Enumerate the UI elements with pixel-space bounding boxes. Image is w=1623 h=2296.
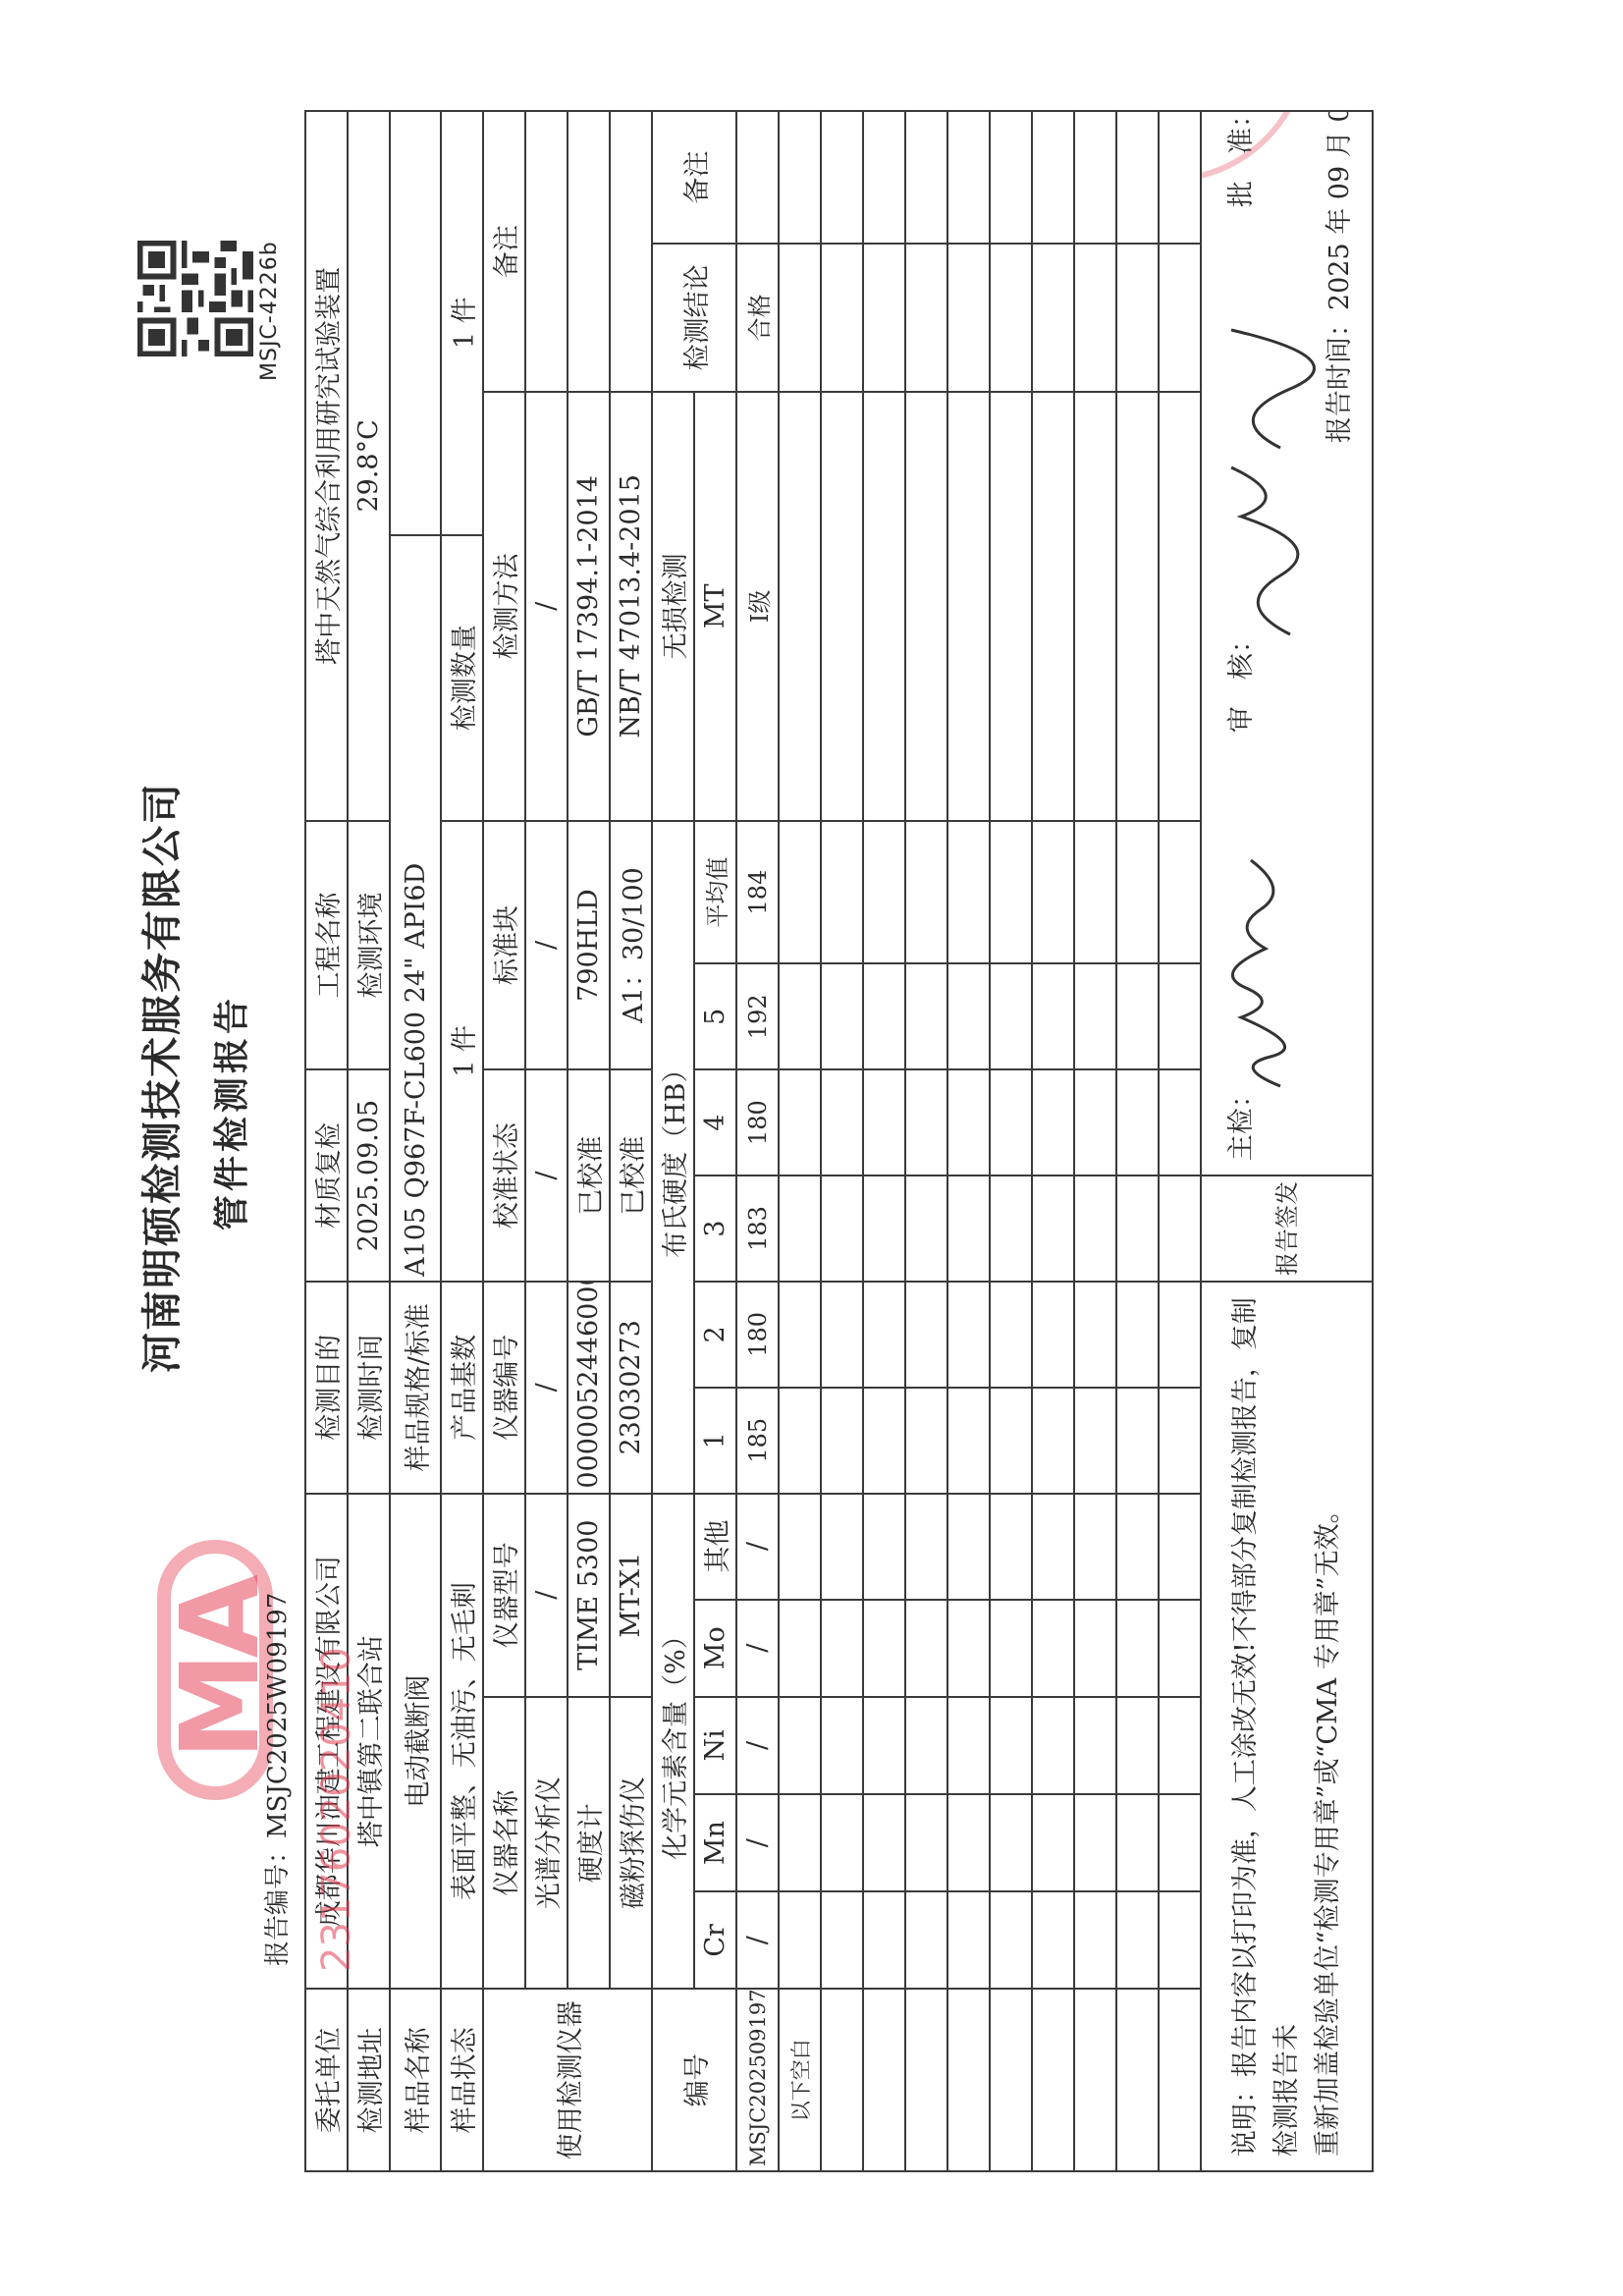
ndt-result — [1116, 392, 1159, 821]
hardness-value — [863, 1282, 905, 1388]
chem-header: 化学元素含量（%） — [652, 1494, 694, 1990]
report-number: 报告编号：MSJC2025W09197 — [257, 1593, 294, 1966]
hardness-value — [905, 963, 947, 1069]
instrument-row: 磁粉探伤仪 MT-X1 23030273 已校准 A1：30/100 NB/T … — [610, 111, 652, 2171]
hardness-value: 184 — [736, 821, 779, 964]
hardness-value — [990, 821, 1032, 964]
client-label: 委托单位 — [305, 1989, 348, 2171]
hard-col-5: 5 — [694, 963, 736, 1069]
result-row — [863, 111, 905, 2171]
hardness-value — [905, 1388, 947, 1494]
ndt-result — [863, 392, 905, 821]
chem-value — [779, 1600, 821, 1697]
hardness-value: 192 — [736, 963, 779, 1069]
ndt-result — [821, 392, 863, 821]
conclusion-value: 合格 — [736, 244, 779, 392]
hardness-value — [1074, 1175, 1116, 1282]
chem-value — [863, 1697, 905, 1794]
conclusion-value — [821, 244, 863, 392]
ndt-result — [779, 392, 821, 821]
chem-value — [990, 1697, 1032, 1794]
conclusion-value — [1074, 244, 1116, 392]
hardness-value: 180 — [736, 1069, 779, 1175]
result-row: MSJC202509197/////185180183180192184I级合格 — [736, 111, 779, 2171]
ndt-result: I级 — [736, 392, 779, 821]
chem-value — [821, 1600, 863, 1697]
sample-id — [1074, 1989, 1116, 2171]
chem-value — [821, 1697, 863, 1794]
conclusion-value — [779, 244, 821, 392]
remark-header: 备注 — [652, 111, 736, 244]
chem-value — [779, 1891, 821, 1989]
chem-value — [863, 1794, 905, 1891]
instrument-number: 23030273 — [610, 1282, 652, 1494]
hardness-value — [779, 1388, 821, 1494]
hardness-value — [1032, 1069, 1074, 1175]
hardness-value — [905, 821, 947, 964]
chem-col-other: 其他 — [694, 1494, 736, 1600]
hardness-value — [990, 1282, 1032, 1388]
instrument-calibration: / — [525, 1069, 568, 1282]
ndt-result — [947, 392, 990, 821]
instrument-model: / — [525, 1494, 568, 1697]
instrument-name: 硬度计 — [568, 1697, 610, 1990]
spec-value: A105 Q967F-CL600 24" API6D — [390, 535, 441, 1282]
chem-col-mo: Mo — [694, 1600, 736, 1697]
remark-value — [736, 111, 779, 244]
qty-label: 检测数量 — [441, 535, 483, 821]
instrument-col-block: 标准块 — [483, 821, 525, 1069]
document-code: MSJC-4226b — [257, 241, 282, 381]
remark-value — [779, 111, 821, 244]
instrument-name: 磁粉探伤仪 — [610, 1697, 652, 1990]
disclaimer-line-1: 说明：报告内容以打印为准，人工涂改无效!不得部分复制检测报告，复制检测报告未 — [1225, 1286, 1308, 2157]
chem-value — [863, 1494, 905, 1600]
spec-label: 样品规格/标准 — [390, 1282, 441, 1494]
row-state: 样品状态 表面平整、无油污、无毛刺 产品基数 1 件 检测数量 1 件 — [441, 111, 483, 2171]
instrument-block: A1：30/100 — [610, 821, 652, 1069]
ndt-result — [1159, 392, 1201, 821]
hardness-value — [1116, 1175, 1159, 1282]
hardness-value — [863, 963, 905, 1069]
hardness-value — [1032, 1282, 1074, 1388]
base-value: 1 件 — [441, 821, 483, 1282]
hardness-value — [905, 1282, 947, 1388]
remark-value — [1116, 111, 1159, 244]
sample-id — [905, 1989, 947, 2171]
sample-id — [990, 1989, 1032, 2171]
hardness-value — [821, 963, 863, 1069]
chem-col-mn: Mn — [694, 1794, 736, 1891]
result-row — [1074, 111, 1116, 2171]
remark-value — [1032, 111, 1074, 244]
chem-value — [779, 1494, 821, 1600]
hardness-value: 185 — [736, 1388, 779, 1494]
report-sheet: MSJC-4226b 河南明硕检测技术服务有限公司 管件检测报告 MA 报告编号… — [0, 0, 1623, 2296]
chem-value: / — [736, 1494, 779, 1600]
results-header-row-1: 编号 化学元素含量（%） 布氏硬度（HB） 无损检测 检测结论 备注 — [652, 111, 694, 2171]
chem-value — [990, 1891, 1032, 1989]
env-value: 29.8°C — [348, 111, 390, 821]
result-row — [1159, 111, 1201, 2171]
chem-value — [947, 1891, 990, 1989]
chem-value: / — [736, 1891, 779, 1989]
hardness-value — [1032, 821, 1074, 964]
conclusion-header: 检测结论 — [652, 244, 736, 392]
conclusion-value — [863, 244, 905, 392]
instrument-number: 000005244600078 — [568, 1282, 610, 1494]
chem-value — [1159, 1891, 1201, 1989]
hardness-value — [1159, 963, 1201, 1069]
instrument-model: MT-X1 — [610, 1494, 652, 1697]
hardness-value — [1032, 1175, 1074, 1282]
report-time: 报告时间：2025 年 09 月 07 日 — [1318, 111, 1356, 443]
remark-value — [947, 111, 990, 244]
chem-value — [821, 1794, 863, 1891]
sample-name-value: 电动截断阀 — [390, 1494, 441, 1990]
hard-col-2: 2 — [694, 1282, 736, 1388]
chem-value — [1116, 1891, 1159, 1989]
hardness-value — [821, 1069, 863, 1175]
instrument-remark — [568, 111, 610, 392]
hardness-value: 180 — [736, 1282, 779, 1388]
purpose-value: 材质复检 — [305, 1069, 348, 1282]
hardness-value — [1116, 1069, 1159, 1175]
base-label: 产品基数 — [441, 1282, 483, 1494]
instruments-section-label: 使用检测仪器 — [483, 1989, 652, 2171]
report-number-label: 报告编号： — [263, 1838, 293, 1966]
cma-stamp-icon: MA — [157, 1540, 273, 1800]
chem-value — [905, 1697, 947, 1794]
reviewer-signature-icon — [1202, 310, 1320, 644]
chem-value — [1032, 1794, 1074, 1891]
cma-stamp-overlay: 2317602020410 — [314, 1647, 359, 1972]
site-label: 检测地址 — [348, 1989, 390, 2171]
chem-value — [1074, 1697, 1116, 1794]
chem-value — [1074, 1600, 1116, 1697]
hardness-value — [863, 1069, 905, 1175]
hardness-value — [990, 1069, 1032, 1175]
chem-value — [863, 1891, 905, 1989]
env-label: 检测环境 — [348, 821, 390, 1069]
result-row — [947, 111, 990, 2171]
instrument-calibration: 已校准 — [610, 1069, 652, 1282]
project-label: 工程名称 — [305, 821, 348, 1069]
instrument-block: 790HLD — [568, 821, 610, 1069]
hardness-value — [947, 1282, 990, 1388]
chem-value — [1159, 1600, 1201, 1697]
sample-id — [947, 1989, 990, 2171]
hardness-value — [821, 821, 863, 964]
sample-id — [1116, 1989, 1159, 2171]
sample-id: 以下空白 — [779, 1989, 821, 2171]
hardness-value — [863, 821, 905, 964]
row-sample: 样品名称 电动截断阀 样品规格/标准 A105 Q967F-CL600 24" … — [390, 111, 441, 2171]
chem-value — [990, 1494, 1032, 1600]
ndt-result — [1032, 392, 1074, 821]
chem-value — [1159, 1697, 1201, 1794]
hardness-value — [1116, 821, 1159, 964]
result-rows: MSJC202509197/////185180183180192184I级合格… — [736, 111, 1201, 2171]
hardness-value — [947, 1069, 990, 1175]
instrument-model: TIME 5300 — [568, 1494, 610, 1697]
report-time-value: 2025 年 09 月 07 日 — [1325, 111, 1355, 310]
hardness-value: 183 — [736, 1175, 779, 1282]
hardness-value — [1074, 1069, 1116, 1175]
chem-value — [905, 1494, 947, 1600]
sample-id — [1159, 1989, 1201, 2171]
conclusion-value — [1032, 244, 1074, 392]
conclusion-value — [990, 244, 1032, 392]
disclaimer-line-2: 重新加盖检验单位“检测专用章”或“CMA 专用章”无效。 — [1308, 1286, 1349, 2157]
state-label: 样品状态 — [441, 1989, 483, 2171]
hardness-value — [821, 1388, 863, 1494]
hard-col-1: 1 — [694, 1388, 736, 1494]
chem-value — [1159, 1794, 1201, 1891]
hardness-value — [905, 1175, 947, 1282]
chem-value — [905, 1794, 947, 1891]
report-number-value: MSJC2025W09197 — [263, 1593, 293, 1838]
instrument-block: / — [525, 821, 568, 1069]
inspector-signature-icon — [1212, 841, 1300, 1096]
time-label: 检测时间 — [348, 1282, 390, 1494]
chem-value — [947, 1494, 990, 1600]
hardness-value — [1116, 963, 1159, 1069]
instrument-method: GB/T 17394.1-2014 — [568, 392, 610, 821]
state-value: 表面平整、无油污、无毛刺 — [441, 1494, 483, 1990]
instrument-remark — [610, 111, 652, 392]
chem-value — [1032, 1697, 1074, 1794]
hardness-value — [947, 821, 990, 964]
hardness-header: 布氏硬度（HB） — [652, 821, 694, 1494]
remark-value — [990, 111, 1032, 244]
chem-value — [1074, 1494, 1116, 1600]
instrument-number: / — [525, 1282, 568, 1494]
ndt-col-mt: MT — [694, 392, 736, 821]
hardness-value — [1032, 1388, 1074, 1494]
conclusion-value — [1159, 244, 1201, 392]
ndt-result — [1074, 392, 1116, 821]
company-name: 河南明硕检测技术服务有限公司 — [130, 782, 188, 1373]
hardness-value — [990, 1388, 1032, 1494]
signature-block: 主检： 审 核： 批 准： 报告时间：2025 年 09 月 07 日 河南明硕… — [1201, 111, 1373, 1175]
chem-value — [947, 1600, 990, 1697]
conclusion-value — [1116, 244, 1159, 392]
hardness-value — [1032, 963, 1074, 1069]
hardness-value — [1074, 821, 1116, 964]
hardness-value — [779, 1175, 821, 1282]
chem-value — [947, 1697, 990, 1794]
instrument-col-model: 仪器型号 — [483, 1494, 525, 1697]
chem-value — [779, 1794, 821, 1891]
hardness-value — [863, 1175, 905, 1282]
chem-value — [1032, 1600, 1074, 1697]
chem-value — [1116, 1794, 1159, 1891]
instrument-remark — [525, 111, 568, 392]
chem-value: / — [736, 1600, 779, 1697]
hardness-value — [905, 1069, 947, 1175]
result-row — [905, 111, 947, 2171]
qty-value: 1 件 — [441, 111, 483, 535]
instrument-header-row: 使用检测仪器 仪器名称 仪器型号 仪器编号 校准状态 标准块 检测方法 备注 — [483, 111, 525, 2171]
conclusion-value — [905, 244, 947, 392]
issue-label: 报告签发 — [1201, 1175, 1373, 1282]
remark-value — [1074, 111, 1116, 244]
hardness-value — [947, 963, 990, 1069]
hardness-value — [1074, 1388, 1116, 1494]
hardness-value — [1116, 1282, 1159, 1388]
hardness-value — [1159, 1282, 1201, 1388]
instrument-col-name: 仪器名称 — [483, 1697, 525, 1990]
chem-value — [1032, 1891, 1074, 1989]
hard-col-3: 3 — [694, 1175, 736, 1282]
hardness-value — [1159, 821, 1201, 964]
chem-col-cr: Cr — [694, 1891, 736, 1989]
chem-value — [863, 1600, 905, 1697]
chem-value — [905, 1600, 947, 1697]
instrument-method: NB/T 47013.4-2015 — [610, 392, 652, 821]
remark-value — [821, 111, 863, 244]
hardness-value — [1074, 1282, 1116, 1388]
instrument-name: 光谱分析仪 — [525, 1697, 568, 1990]
hardness-value — [779, 1069, 821, 1175]
project-value: 塔中天然气综合利用研究试验装置 — [305, 111, 348, 821]
chem-value — [1116, 1494, 1159, 1600]
chem-value — [821, 1891, 863, 1989]
hardness-value — [947, 1388, 990, 1494]
instrument-row: 硬度计 TIME 5300 000005244600078 已校准 790HLD… — [568, 111, 610, 2171]
sample-name-label: 样品名称 — [390, 1989, 441, 2171]
chem-value — [1116, 1600, 1159, 1697]
hardness-value — [1074, 963, 1116, 1069]
hard-col-avg: 平均值 — [694, 821, 736, 964]
instrument-col-remark: 备注 — [483, 111, 525, 392]
instrument-col-number: 仪器编号 — [483, 1282, 525, 1494]
ndt-header: 无损检测 — [652, 392, 694, 821]
footer-row: 说明：报告内容以打印为准，人工涂改无效!不得部分复制检测报告，复制检测报告未 重… — [1201, 111, 1373, 2171]
chem-value: / — [736, 1794, 779, 1891]
sample-id: MSJC202509197 — [736, 1989, 779, 2171]
conclusion-value — [947, 244, 990, 392]
instrument-row: 光谱分析仪 / / / / / — [525, 111, 568, 2171]
hardness-value — [779, 1282, 821, 1388]
hardness-value — [1159, 1069, 1201, 1175]
hardness-value — [779, 821, 821, 964]
disclaimer-note: 说明：报告内容以打印为准，人工涂改无效!不得部分复制检测报告，复制检测报告未 重… — [1201, 1282, 1373, 2171]
remark-value — [905, 111, 947, 244]
time-value: 2025.09.05 — [348, 1069, 390, 1282]
sample-id — [863, 1989, 905, 2171]
ndt-result — [990, 392, 1032, 821]
hardness-value — [1159, 1175, 1201, 1282]
sample-id — [821, 1989, 863, 2171]
chem-value — [1116, 1697, 1159, 1794]
report-table: 委托单位 成都华川油建工程建设有限公司 检测目的 材质复检 工程名称 塔中天然气… — [304, 110, 1374, 2172]
chem-value — [990, 1600, 1032, 1697]
sample-id — [1032, 1989, 1074, 2171]
instrument-method: / — [525, 392, 568, 821]
hardness-value — [1116, 1388, 1159, 1494]
result-row: 以下空白 — [779, 111, 821, 2171]
hardness-value — [1159, 1388, 1201, 1494]
report-title: 管件检测报告 — [204, 995, 254, 1230]
hardness-value — [821, 1282, 863, 1388]
hardness-value — [990, 963, 1032, 1069]
chem-value: / — [736, 1697, 779, 1794]
instrument-calibration: 已校准 — [568, 1069, 610, 1282]
hardness-value — [947, 1175, 990, 1282]
chem-value — [1074, 1891, 1116, 1989]
chem-value — [821, 1494, 863, 1600]
results-id-header: 编号 — [652, 1989, 736, 2171]
result-row — [1116, 111, 1159, 2171]
instrument-col-calibration: 校准状态 — [483, 1069, 525, 1282]
chem-value — [1074, 1794, 1116, 1891]
hardness-value — [990, 1175, 1032, 1282]
chem-col-ni: Ni — [694, 1697, 736, 1794]
result-row — [821, 111, 863, 2171]
hardness-value — [863, 1388, 905, 1494]
chem-value — [779, 1697, 821, 1794]
hardness-value — [821, 1175, 863, 1282]
results-header-row-2: Cr Mn Ni Mo 其他 1 2 3 4 5 平均值 MT — [694, 111, 736, 2171]
chem-value — [990, 1794, 1032, 1891]
chem-value — [1032, 1494, 1074, 1600]
ndt-result — [905, 392, 947, 821]
chem-value — [905, 1891, 947, 1989]
qr-code-icon — [137, 241, 253, 356]
hard-col-4: 4 — [694, 1069, 736, 1175]
chem-value — [1159, 1494, 1201, 1600]
chem-value — [947, 1794, 990, 1891]
result-row — [990, 111, 1032, 2171]
remark-value — [1159, 111, 1201, 244]
instrument-col-method: 检测方法 — [483, 392, 525, 821]
purpose-label: 检测目的 — [305, 1282, 348, 1494]
remark-value — [863, 111, 905, 244]
result-row — [1032, 111, 1074, 2171]
hardness-value — [779, 963, 821, 1069]
